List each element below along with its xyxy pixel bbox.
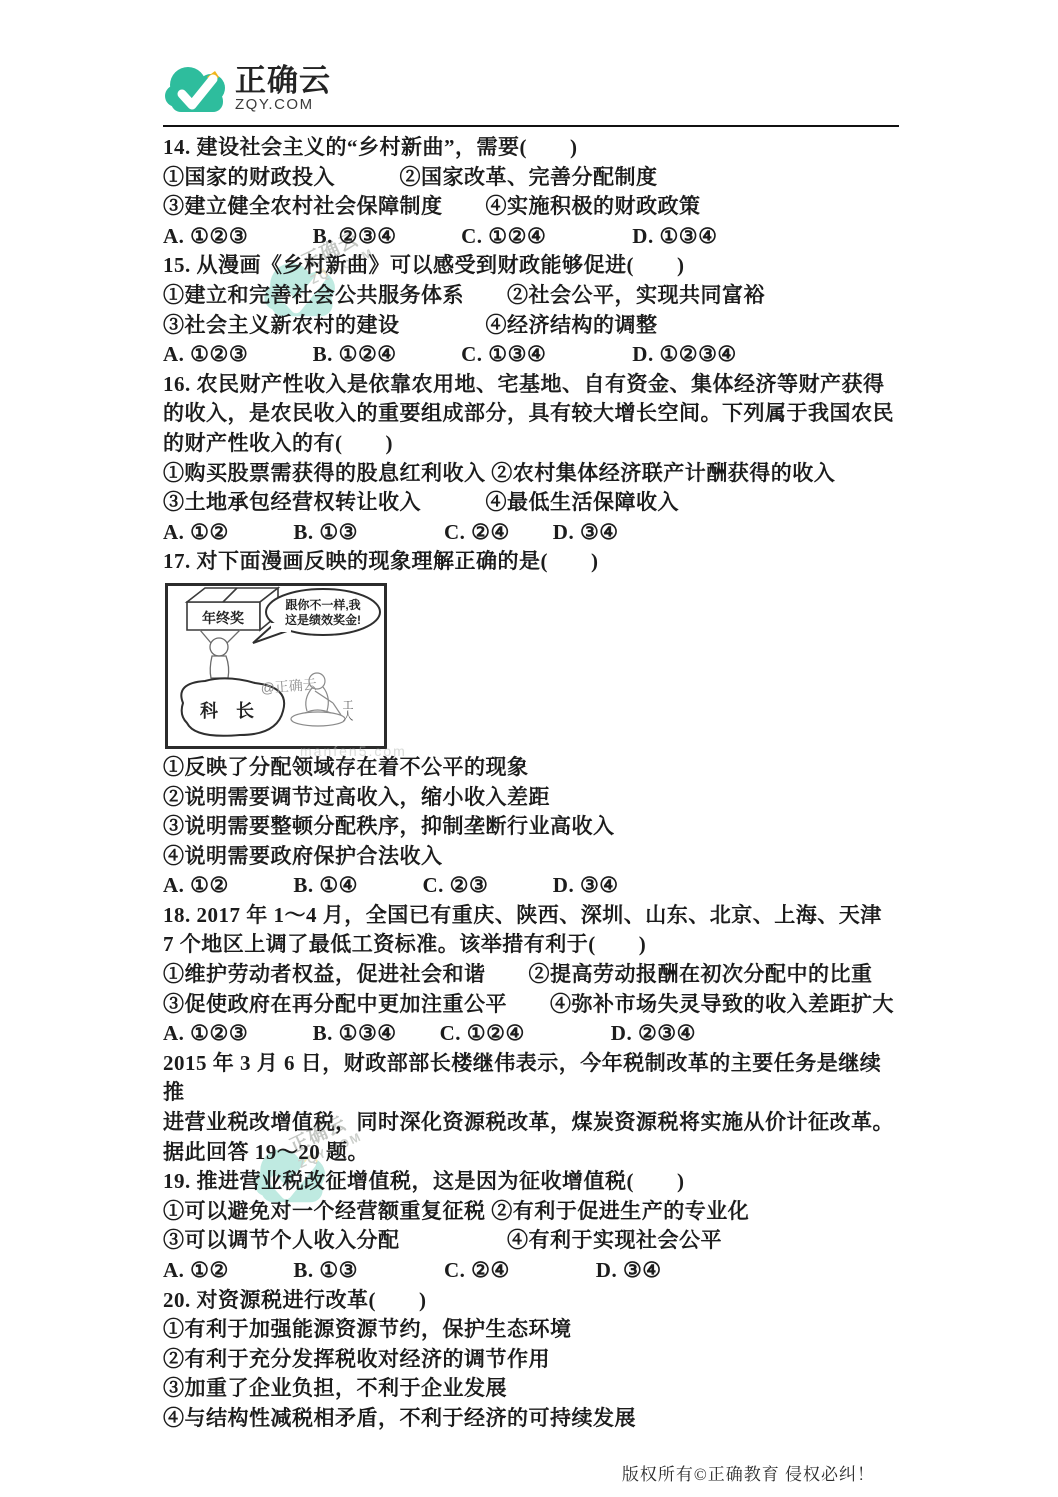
q19-items-3-4: ③可以调节个人收入分配 ④有利于实现社会公平 [163,1226,899,1256]
cartoon-site-watermark: manfen5.com [300,743,407,759]
q20-item-4: ④与结构性减税相矛盾，不利于经济的可持续发展 [163,1404,899,1434]
copyright-footer: 版权所有©正确教育 侵权必纠！ [163,1460,899,1485]
q16-answers: A. ①② B. ①③ C. ②④ D. ③④ [163,518,899,548]
brand-domain: ZQY.COM [235,96,331,113]
q17-cartoon: 年终奖 [165,583,387,749]
q14-items-3-4: ③建立健全农村社会保障制度 ④实施积极的财政政策 [163,192,899,222]
exam-page: 正确云 ZQY.COM 正确云 ZQY.COM 正确云 ZQY.COM 14. … [0,0,1058,1497]
brand-cloud-check-icon [163,58,231,118]
passage-19-20-line2: 进营业税改增值税，同时深化资源税改革，煤炭资源税将实施从价计征改革。 [163,1108,899,1138]
header-divider [163,125,899,127]
q20-item-2: ②有利于充分发挥税收对经济的调节作用 [163,1345,899,1375]
q15-stem: 15. 从漫画《乡村新曲》可以感受到财政能够促进( ) [163,251,899,281]
q15-items-3-4: ③社会主义新农村的建设 ④经济结构的调整 [163,311,899,341]
q18-items-1-2: ①维护劳动者权益，促进社会和谐 ②提高劳动报酬在初次分配中的比重 [163,960,899,990]
bubble-text-line2: 这是绩效奖金! [285,612,361,627]
q14-items-1-2: ①国家的财政投入 ②国家改革、完善分配制度 [163,163,899,193]
q17-item-2: ②说明需要调节过高收入，缩小收入差距 [163,783,899,813]
passage-19-20-line3: 据此回答 19～20 题。 [163,1138,899,1168]
worker-label: 工人 [341,699,354,721]
cartoon-image: 年终奖 [165,583,387,749]
q17-item-3: ③说明需要整顿分配秩序，抑制垄断行业高收入 [163,812,899,842]
bubble-text-line1: 跟你不一样,我 [285,597,360,612]
chief-label: 科 长 [200,700,254,721]
box-label: 年终奖 [202,610,244,626]
q14-answers: A. ①②③ B. ②③④ C. ①②④ D. ①③④ [163,222,899,252]
q18-stem-1: 18. 2017 年 1～4 月，全国已有重庆、陕西、深圳、山东、北京、上海、天… [163,901,899,931]
q15-items-1-2: ①建立和完善社会公共服务体系 ②社会公平，实现共同富裕 [163,281,899,311]
q17-answers: A. ①② B. ①④ C. ②③ D. ③④ [163,871,899,901]
q18-items-3-4: ③促使政府在再分配中更加注重公平 ④弥补市场失灵导致的收入差距扩大 [163,990,899,1020]
passage-19-20-line1: 2015 年 3 月 6 日，财政部部长楼继伟表示，今年税制改革的主要任务是继续… [163,1049,899,1108]
q18-stem-2: 7 个地区上调了最低工资标准。该举措有利于( ) [163,930,899,960]
q15-answers: A. ①②③ B. ①②④ C. ①③④ D. ①②③④ [163,340,899,370]
q16-stem-2: 的收入，是农民收入的重要组成部分，具有较大增长空间。下列属于我国农民 [163,399,899,429]
q16-items-3-4: ③土地承包经营权转让收入 ④最低生活保障收入 [163,488,899,518]
q20-stem: 20. 对资源税进行改革( ) [163,1286,899,1316]
q16-items-1-2: ①购买股票需获得的股息红利收入 ②农村集体经济联产计酬获得的收入 [163,459,899,489]
q14-stem: 14. 建设社会主义的“乡村新曲”，需要( ) [163,133,899,163]
q16-stem-1: 16. 农民财产性收入是依靠农用地、宅基地、自有资金、集体经济等财产获得 [163,370,899,400]
q16-stem-3: 的财产性收入的有( ) [163,429,899,459]
q17-item-1: ①反映了分配领域存在着不公平的现象 [163,753,899,783]
q19-answers: A. ①② B. ①③ C. ②④ D. ③④ [163,1256,899,1286]
q19-items-1-2: ①可以避免对一个经营额重复征税 ②有利于促进生产的专业化 [163,1197,899,1227]
brand-wordmark: 正确云 ZQY.COM [235,58,331,113]
question-list: 14. 建设社会主义的“乡村新曲”，需要( ) ①国家的财政投入 ②国家改革、完… [163,133,899,1434]
q20-item-1: ①有利于加强能源资源节约，保护生态环境 [163,1315,899,1345]
q18-answers: A. ①②③ B. ①③④ C. ①②④ D. ②③④ [163,1019,899,1049]
q17-stem: 17. 对下面漫画反映的现象理解正确的是( ) [163,547,899,577]
q17-item-4: ④说明需要政府保护合法收入 [163,842,899,872]
brand-header: 正确云 ZQY.COM [163,58,899,124]
q20-item-3: ③加重了企业负担，不利于企业发展 [163,1374,899,1404]
brand-name: 正确云 [235,66,331,96]
q19-stem: 19. 推进营业税改征增值税，这是因为征收增值税( ) [163,1167,899,1197]
